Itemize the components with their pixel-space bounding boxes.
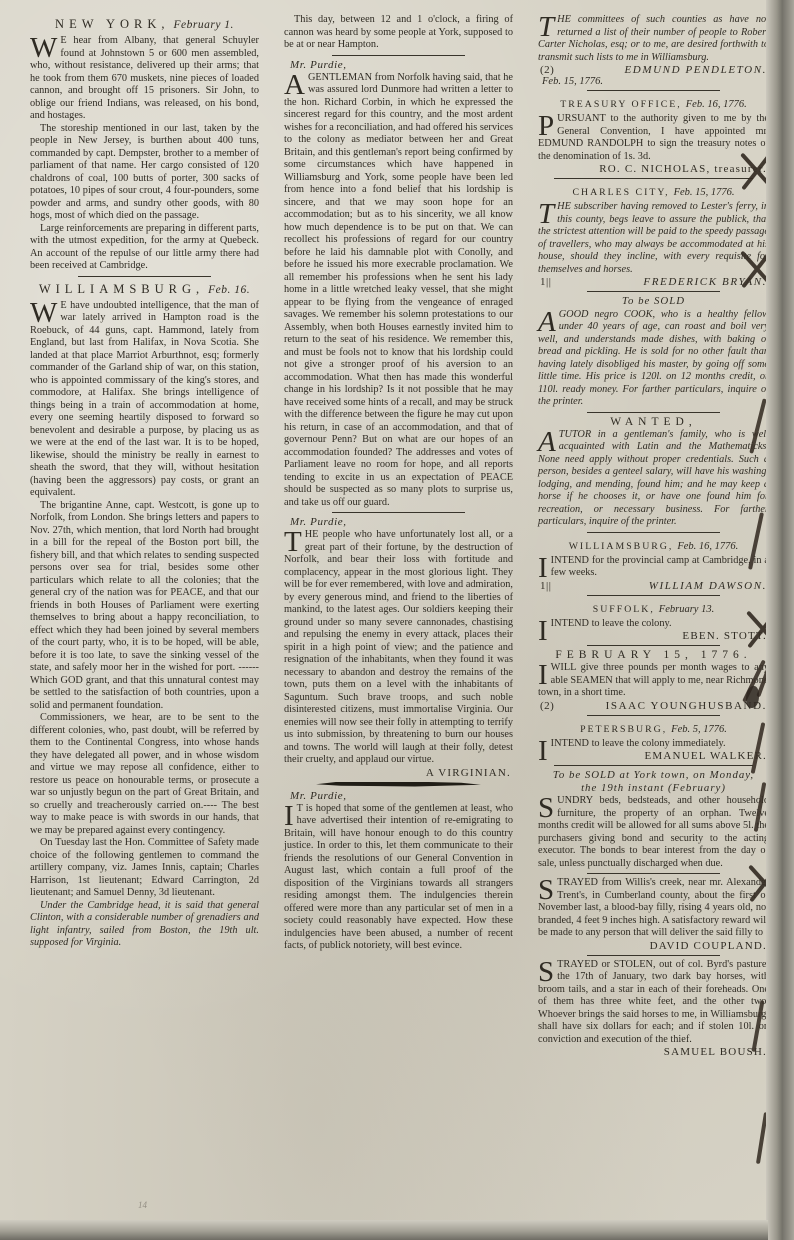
drop-cap: I [284, 803, 297, 828]
paragraph: IINTEND to leave the colony immediately. [538, 738, 769, 751]
letter-signature: A VIRGINIAN. [284, 767, 511, 779]
drop-cap: T [538, 201, 557, 226]
page-edge-right [766, 0, 794, 1240]
ad-run-count: (2) [540, 64, 554, 76]
paragraph: This day, between 12 and 1 o'clock, a fi… [284, 14, 513, 52]
signature-line: 1||FREDERICK BRYAN. [540, 276, 767, 288]
ad-run-count: 1|| [540, 276, 551, 288]
paragraph: STRAYED or STOLEN, out of col. Byrd's pa… [538, 959, 769, 1047]
newspaper-page: NEW YORK, February 1. WE hear from Alban… [0, 0, 794, 1240]
paragraph-text: HE committees of such counties as have n… [538, 14, 769, 63]
divider-rule [587, 291, 721, 292]
drop-cap: W [30, 300, 60, 325]
divider-rule [332, 55, 465, 56]
signature-line: 1||WILLIAM DAWSON. [540, 580, 767, 592]
corner-mark: 14 [138, 1200, 147, 1210]
drop-cap: A [538, 309, 559, 334]
divider-rule [587, 955, 721, 956]
drop-cap: A [284, 72, 308, 97]
ad-signature: EBEN. STOTT. [538, 630, 767, 642]
dateline-date: February 1. [174, 19, 234, 31]
divider-rule [587, 412, 721, 413]
paragraph: IINTEND for the provincial camp at Cambr… [538, 555, 769, 580]
dateline-date: Feb. 16, 1776. [677, 541, 738, 552]
ad-run-count: (2) [540, 700, 554, 712]
divider-rule [587, 90, 721, 91]
paragraph-text: INTEND to leave the colony immediately. [551, 738, 726, 749]
dateline-williamsburg: WILLIAMSBURG, Feb. 16. [30, 280, 259, 298]
paragraph-text: TRAYED or STOLEN, out of col. Byrd's pas… [538, 959, 769, 1045]
page-edge-bottom [0, 1220, 768, 1240]
ad-signature: WILLIAM DAWSON. [649, 580, 767, 592]
paragraph-text: GENTLEMAN from Norfolk having said, that… [284, 72, 513, 508]
dateline-place: SUFFOLK, [593, 604, 655, 615]
divider-rule [332, 512, 465, 513]
paragraph-text: GOOD negro COOK, who is a healthy fellow… [538, 309, 769, 408]
dateline-date: Feb. 16. [208, 284, 250, 296]
paragraph: AGENTLEMAN from Norfolk having said, tha… [284, 72, 513, 510]
paragraph-text: E hear from Albany, that general Schuyle… [30, 35, 259, 121]
ad-signature: EDMUND PENDLETON. [624, 64, 767, 76]
paragraph-text: TRAYED from Willis's creek, near mr. Ale… [538, 877, 769, 938]
dateline-petersburg: PETERSBURG, Feb. 5, 1776. [538, 719, 769, 737]
paragraph: PURSUANT to the authority given to me by… [538, 113, 769, 163]
dateline-date: Feb. 5, 1776. [671, 724, 727, 735]
ad-heading: To be SOLD at York town, on Monday,the 1… [538, 769, 769, 794]
ad-heading-line1: To be SOLD at York town, on Monday, [553, 769, 754, 781]
drop-cap: A [538, 429, 559, 454]
paragraph: IINTEND to leave the colony. [538, 618, 769, 631]
dateline-place: CHARLES CITY, [572, 187, 669, 198]
divider-rule [554, 765, 753, 766]
ad-heading: To be SOLD [538, 295, 769, 308]
dateline-place: WILLIAMSBURG, [39, 282, 204, 296]
drop-cap: S [538, 877, 557, 902]
paragraph: WE hear from Albany, that general Schuyl… [30, 35, 259, 123]
divider-rule [587, 645, 721, 646]
divider-rule [587, 873, 721, 874]
letter-salutation: Mr. Purdie, [290, 790, 513, 802]
ad-signature: RO. C. NICHOLAS, treasurer. [538, 163, 767, 175]
paragraph-text: T is hoped that some of the gentlemen at… [284, 803, 513, 952]
drop-cap: I [538, 738, 551, 763]
dateline-date: Feb. 16, 1776. [686, 99, 747, 110]
dateline-place: PETERSBURG, [580, 724, 667, 735]
ad-signature: EMANUEL WALKER. [538, 750, 767, 762]
ad-heading: WANTED, [538, 416, 769, 428]
drop-cap: I [538, 662, 551, 687]
drop-cap: S [538, 959, 557, 984]
ad-signature: DAVID COUPLAND. [538, 940, 767, 952]
dateline-place: TREASURY OFFICE, [560, 99, 681, 110]
dateline-charles-city: CHARLES CITY, Feb. 15, 1776. [538, 182, 769, 200]
dateline-place: NEW YORK, [55, 17, 169, 31]
paragraph: On Tuesday last the Hon. Committee of Sa… [30, 837, 259, 900]
drop-cap: T [538, 14, 557, 39]
paragraph-text: INTEND for the provincial camp at Cambri… [551, 555, 769, 579]
letter-salutation: Mr. Purdie, [290, 516, 513, 528]
column-2: This day, between 12 and 1 o'clock, a fi… [284, 14, 513, 953]
signature-line: (2)EDMUND PENDLETON. [540, 64, 767, 76]
ad-heading: FEBRUARY 15, 1776. [538, 649, 769, 661]
paragraph: IWILL give three pounds per month wages … [538, 662, 769, 700]
dateline-place: WILLIAMSBURG, [569, 541, 674, 552]
paragraph-text: URSUANT to the authority given to me by … [538, 113, 769, 162]
paragraph-italic: ATUTOR in a gentleman's family, who is w… [538, 429, 769, 529]
dateline-new-york: NEW YORK, February 1. [30, 15, 259, 33]
drop-cap: I [538, 555, 551, 580]
paragraph: IT is hoped that some of the gentlemen a… [284, 803, 513, 953]
dateline-treasury-office: TREASURY OFFICE, Feb. 16, 1776. [538, 94, 769, 112]
paragraph-text: UNDRY beds, bedsteads, and other househo… [538, 795, 769, 869]
ad-date: Feb. 15, 1776. [542, 76, 769, 87]
paragraph-text: WILL give three pounds per month wages t… [538, 662, 769, 698]
dateline-date: Feb. 15, 1776. [674, 187, 735, 198]
paragraph-text: E have undoubted intelligence, that the … [30, 300, 259, 499]
drop-cap: P [538, 113, 557, 138]
dateline-williamsburg-ad: WILLIAMSBURG, Feb. 16, 1776. [538, 536, 769, 554]
drop-cap: W [30, 35, 60, 60]
paragraph: The storeship mentioned in our last, tak… [30, 123, 259, 223]
paragraph-italic: THE committees of such counties as have … [538, 14, 769, 64]
divider-wedge [316, 782, 481, 787]
paragraph-text: HE people who have unfortunately lost al… [284, 529, 513, 765]
paragraph-text: INTEND to leave the colony. [551, 618, 672, 629]
dateline-date: February 13. [659, 604, 714, 615]
ad-run-count: 1|| [540, 580, 551, 592]
ad-heading-line2: the 19th instant (February) [581, 782, 726, 794]
paragraph-text: TUTOR in a gentleman's family, who is we… [538, 429, 769, 528]
divider-rule [587, 595, 721, 596]
paragraph-text: HE subscriber having removed to Lester's… [538, 201, 769, 275]
ad-signature: SAMUEL BOUSH. [538, 1046, 767, 1058]
paragraph: Commissioners, we hear, are to be sent t… [30, 712, 259, 837]
paragraph: The brigantine Anne, capt. Westcott, is … [30, 500, 259, 713]
paragraph: Large reinforcements are preparing in di… [30, 223, 259, 273]
signature-line: (2)ISAAC YOUNGHUSBAND. [540, 700, 767, 712]
paragraph: SUNDRY beds, bedsteads, and other househ… [538, 795, 769, 870]
paragraph: WE have undoubted intelligence, that the… [30, 300, 259, 500]
drop-cap: T [284, 529, 305, 554]
divider-rule [587, 532, 721, 533]
paragraph: THE people who have unfortunately lost a… [284, 529, 513, 767]
column-1: NEW YORK, February 1. WE hear from Alban… [30, 12, 259, 950]
drop-cap: I [538, 618, 551, 643]
letter-salutation: Mr. Purdie, [290, 59, 513, 71]
divider-rule [554, 178, 753, 179]
divider-rule [587, 715, 721, 716]
divider-rule [78, 276, 211, 277]
drop-cap: S [538, 795, 557, 820]
dateline-suffolk: SUFFOLK, February 13. [538, 599, 769, 617]
column-3: THE committees of such counties as have … [538, 14, 769, 1058]
paragraph-italic: THE subscriber having removed to Lester'… [538, 201, 769, 276]
paragraph-italic: Under the Cambridge head, it is said tha… [30, 900, 259, 950]
paragraph: STRAYED from Willis's creek, near mr. Al… [538, 877, 769, 940]
paragraph-italic: AGOOD negro COOK, who is a healthy fello… [538, 309, 769, 409]
